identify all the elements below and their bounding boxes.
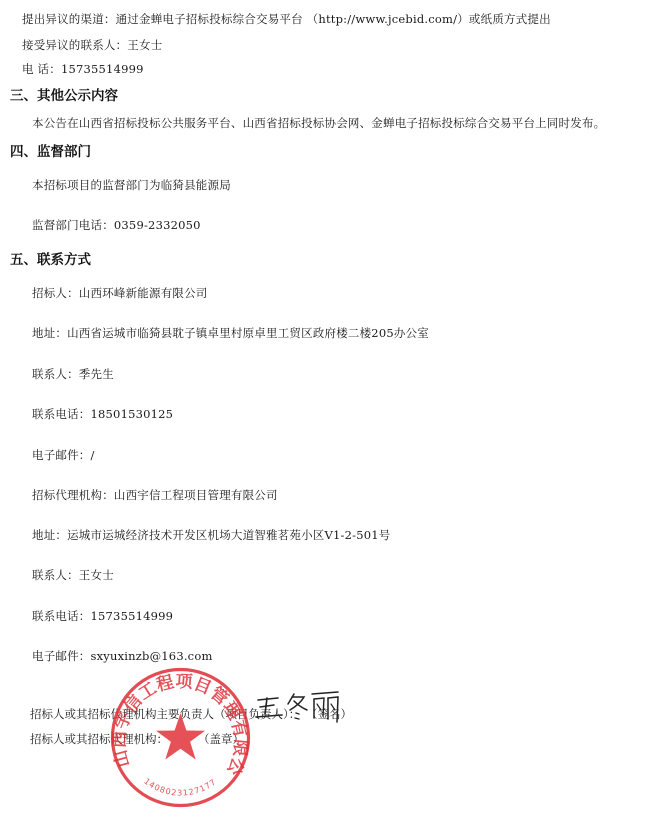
section-heading-supervision: 四、监督部门 — [10, 144, 91, 160]
svg-text:山西宇信工程项目管理有限公司: 山西宇信工程项目管理有限公司 — [108, 665, 251, 778]
tenderer-email: 电子邮件：/ — [32, 448, 95, 462]
seal-suffix: （盖章） — [198, 732, 244, 746]
objection-channel: 提出异议的渠道：通过金蝉电子招标投标综合交易平台 （http://www.jce… — [22, 12, 551, 26]
tenderer-address: 地址：山西省运城市临猗县耽子镇卓里村原卓里工贸区政府楼二楼205办公室 — [32, 326, 429, 340]
responsible-label-text: 招标人或其招标代理机构主要负责人（项目负责人）： — [30, 707, 300, 721]
objection-phone: 电 话：15735514999 — [22, 62, 144, 76]
stamp-company-name: 山西宇信工程项目管理有限公司 — [108, 665, 251, 778]
section-heading-other-content: 三、其他公示内容 — [10, 88, 118, 104]
svg-text:1408023127177: 1408023127177 — [142, 777, 218, 798]
responsible-person-label: 招标人或其招标代理机构主要负责人（项目负责人）： — [30, 707, 300, 721]
tenderer-contact: 联系人：季先生 — [32, 367, 114, 381]
stamp-code: 1408023127177 — [142, 777, 218, 798]
sign-suffix: （签名） — [306, 707, 352, 721]
supervision-phone: 监督部门电话：0359-2332050 — [32, 218, 201, 232]
tenderer-phone: 联系电话：18501530125 — [32, 407, 173, 421]
section-heading-contact: 五、联系方式 — [10, 252, 91, 268]
objection-contact: 接受异议的联系人：王女士 — [22, 38, 162, 52]
agency-email: 电子邮件：sxyuxinzb@163.com — [32, 649, 213, 663]
agency-name: 招标代理机构：山西宇信工程项目管理有限公司 — [32, 488, 278, 502]
publication-notice: 本公告在山西省招标投标公共服务平台、山西省招标投标协会网、金蝉电子招标投标综合交… — [32, 116, 605, 130]
agency-contact: 联系人：王女士 — [32, 568, 114, 582]
supervision-dept: 本招标项目的监督部门为临猗县能源局 — [32, 178, 231, 192]
agency-address: 地址：运城市运城经济技术开发区机场大道智雅茗苑小区V1-2-501号 — [32, 528, 390, 542]
agency-phone: 联系电话：15735514999 — [32, 609, 173, 623]
seal-label: 招标人或其招标代理机构： — [30, 732, 168, 746]
tenderer-name: 招标人：山西环峰新能源有限公司 — [32, 286, 208, 300]
